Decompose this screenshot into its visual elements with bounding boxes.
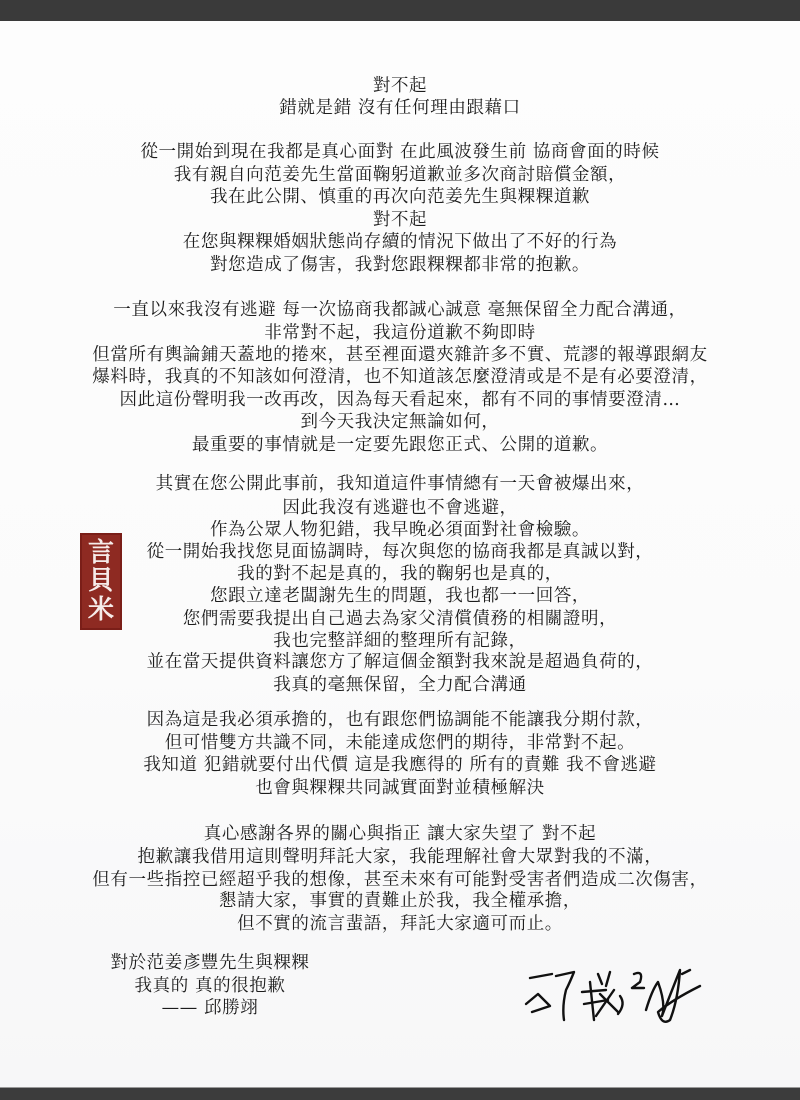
text-line: 非常對不起，我這份道歉不夠即時	[0, 322, 800, 344]
text-line: 其實在您公開此事前，我知道這件事情總有一天會被爆出來，	[0, 473, 800, 495]
text-line: 但不實的流言蜚語，拜託大家適可而止。	[0, 913, 800, 935]
seal-char: 米	[88, 596, 114, 624]
text-line: 因此這份聲明我一改再改，因為每天看起來，都有不同的事情要澄清…	[0, 389, 800, 411]
seal-char: 言	[88, 539, 114, 567]
viewer-bottom-bar	[0, 1087, 800, 1100]
text-line: 我有親自向范姜先生當面鞠躬道歉並多次商討賠償金額，	[0, 164, 800, 186]
text-line: 我在此公開、慎重的再次向范姜先生與粿粿道歉	[0, 186, 800, 208]
text-line: 一直以來我沒有逃避 每一次協商我都誠心誠意 毫無保留全力配合溝通，	[0, 299, 800, 321]
text-line: 也會與粿粿共同誠實面對並積極解決	[0, 777, 800, 799]
text-line: 我真的毫無保留，全力配合溝通	[0, 674, 800, 696]
closing-line: 我真的 真的很抱歉	[0, 975, 610, 997]
viewer-top-bar	[0, 0, 800, 21]
text-line: 爆料時，我真的不知該如何澄清，也不知道該怎麼澄清或是不是有必要澄清，	[0, 366, 800, 388]
text-line: 但當所有輿論鋪天蓋地的捲來，甚至裡面還夾雜許多不實、荒謬的報導跟網友	[0, 344, 800, 366]
text-line: 因此我沒有逃避也不會逃避，	[0, 497, 800, 519]
text-line: 因為這是我必須承擔的，也有跟您們協調能不能讓我分期付款，	[0, 709, 800, 731]
handwritten-signature-icon	[522, 960, 702, 1026]
red-seal-stamp: 言 貝 米	[80, 533, 122, 630]
text-line: 但有一些指控已經超乎我的想像，甚至未來有可能對受害者們造成二次傷害，	[0, 869, 800, 891]
text-line: 在您與粿粿婚姻狀態尚存續的情況下做出了不好的行為	[0, 231, 800, 253]
text-line: 從一開始到現在我都是真心面對 在此風波發生前 協商會面的時候	[0, 141, 800, 163]
text-line: 對不起	[0, 209, 800, 231]
seal-char: 貝	[88, 567, 114, 595]
text-line: 我也完整詳細的整理所有記錄，	[0, 630, 800, 652]
text-line: 最重要的事情就是一定要先跟您正式、公開的道歉。	[0, 434, 800, 456]
text-line: 懇請大家，事實的責難止於我，我全權承擔，	[0, 890, 800, 912]
document-subtitle: 錯就是錯 沒有任何理由跟藉口	[0, 97, 800, 119]
closing-line: 對於范姜彥豐先生與粿粿	[0, 952, 610, 974]
closing-author: —— 邱勝翊	[0, 997, 610, 1019]
text-line: 到今天我決定無論如何，	[0, 411, 800, 433]
text-line: 並在當天提供資料讓您方了解這個金額對我來說是超過負荷的，	[0, 651, 800, 673]
text-line: 對您造成了傷害，我對您跟粿粿都非常的抱歉。	[0, 254, 800, 276]
text-line: 我知道 犯錯就要付出代價 這是我應得的 所有的責難 我不會逃避	[0, 754, 800, 776]
document-title: 對不起	[0, 75, 800, 97]
text-line: 但可惜雙方共識不同，未能達成您們的期待，非常對不起。	[0, 732, 800, 754]
text-line: 真心感謝各界的關心與指正 讓大家失望了 對不起	[0, 823, 800, 845]
text-line: 抱歉讓我借用這則聲明拜託大家，我能理解社會大眾對我的不滿，	[0, 846, 800, 868]
